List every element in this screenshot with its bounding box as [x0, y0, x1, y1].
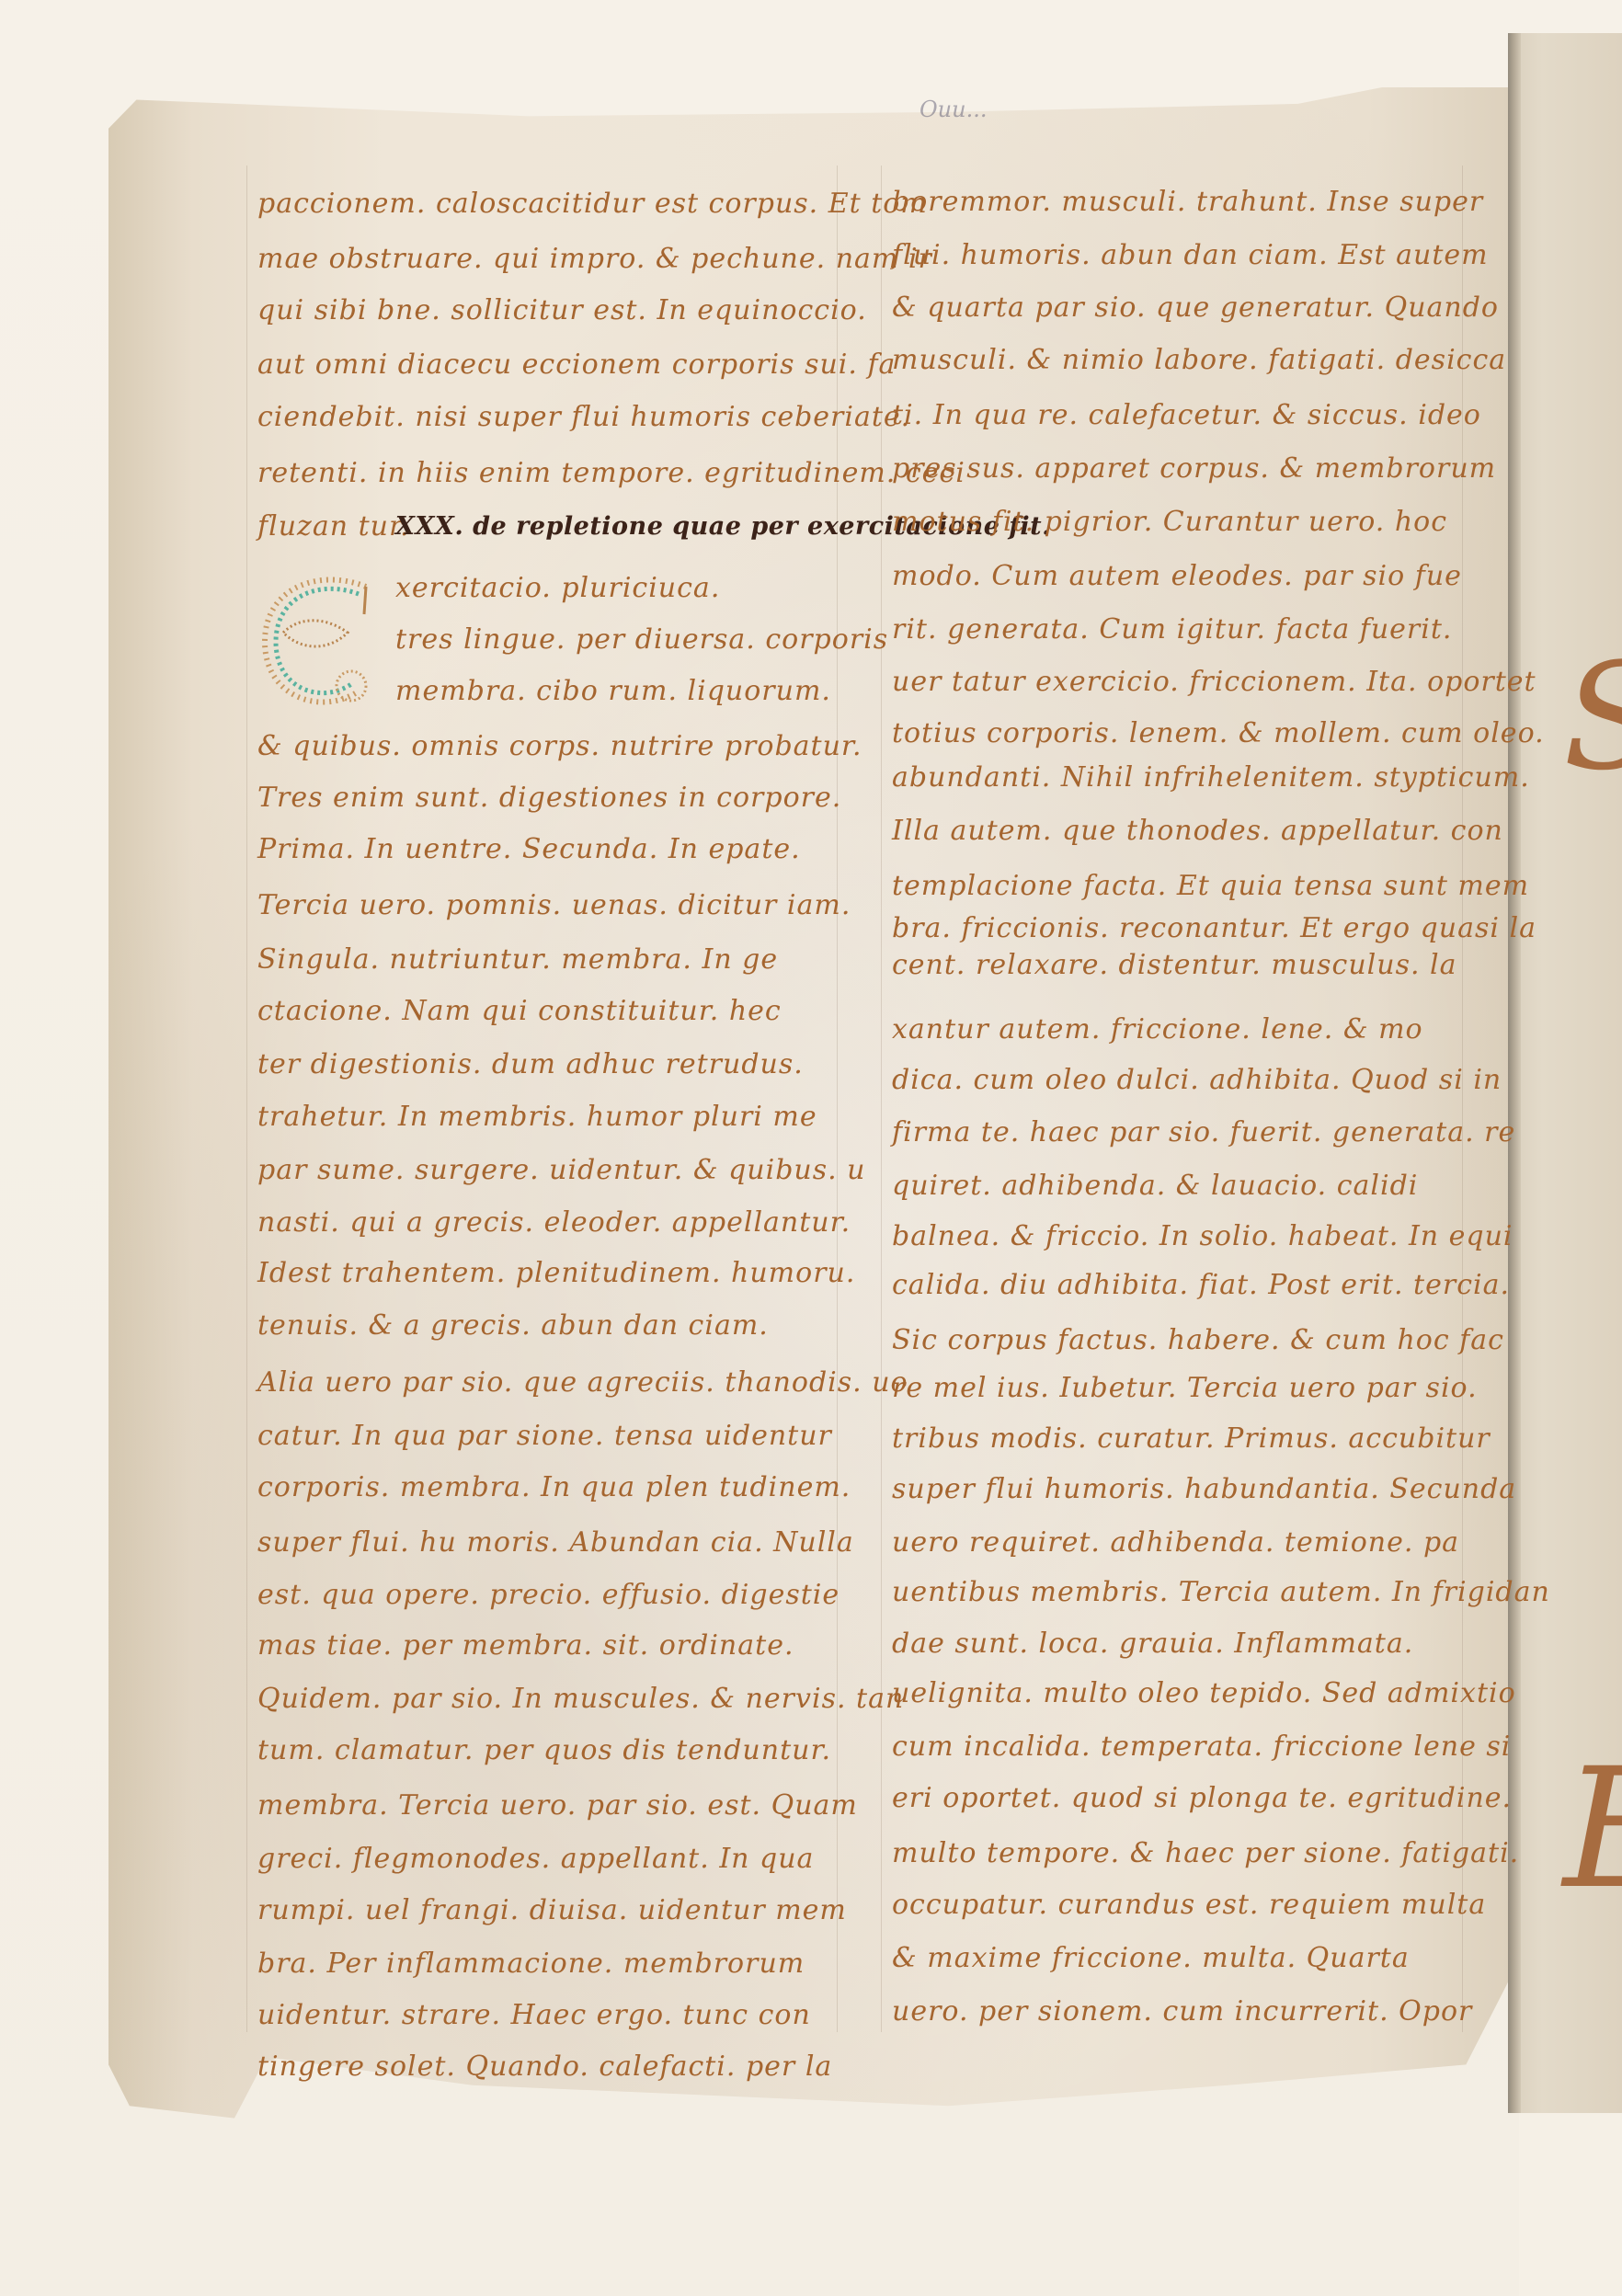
text-line: tum. clamatur. per quos dis tenduntur. — [257, 1732, 831, 1769]
text-line: ti. In qua re. calefacetur. & siccus. id… — [892, 397, 1481, 434]
text-line: Sic corpus factus. habere. & cum hoc fac — [892, 1322, 1504, 1359]
pencil-annotation: Ouu... — [920, 97, 987, 122]
text-line: super flui humoris. habundantia. Secunda — [892, 1471, 1516, 1508]
text-line: xercitacio. pluriciuca. — [395, 570, 720, 607]
text-line: tribus modis. curatur. Primus. accubitur — [892, 1421, 1491, 1457]
text-line: membra. cibo rum. liquorum. — [395, 673, 831, 710]
text-line: Tercia uero. pomnis. uenas. dicitur iam. — [257, 887, 851, 924]
text-line: Idest trahentem. plenitudinem. humoru. — [257, 1255, 855, 1292]
text-line: abundanti. Nihil infrihelenitem. styptic… — [892, 760, 1530, 796]
text-line: mae obstruare. qui impro. & pechune. nam… — [257, 241, 932, 278]
text-line: nasti. qui a grecis. eleoder. appellantu… — [257, 1205, 851, 1241]
text-line: qui sibi bne. sollicitur est. In equinoc… — [257, 292, 867, 329]
text-line: cent. relaxare. distentur. musculus. la — [892, 947, 1457, 984]
text-line: flui. humoris. abun dan ciam. Est autem — [892, 237, 1489, 274]
text-line: Tres enim sunt. digestiones in corpore. — [257, 780, 841, 817]
text-line: boremmor. musculi. trahunt. Inse super — [892, 184, 1483, 221]
text-line: corporis. membra. In qua plen tudinem. — [257, 1469, 851, 1506]
text-line: trahetur. In membris. humor pluri me — [257, 1099, 817, 1136]
text-line: uero. per sionem. cum incurrerit. Opor — [892, 1993, 1472, 2030]
text-line: aut omni diacecu eccionem corporis sui. … — [257, 347, 896, 383]
text-line: paccionem. caloscacitidur est corpus. Et… — [257, 186, 928, 223]
text-line: Quidem. par sio. In muscules. & nervis. … — [257, 1681, 904, 1718]
ruling-line — [246, 166, 247, 2032]
text-line: tenuis. & a grecis. abun dan ciam. — [257, 1308, 769, 1344]
text-line: Singula. nutriuntur. membra. In ge — [257, 942, 778, 978]
ruling-line — [881, 166, 882, 2032]
text-line: pres sus. apparet corpus. & membrorum — [892, 451, 1496, 487]
text-line: greci. flegmonodes. appellant. In qua — [257, 1841, 814, 1878]
text-line: super flui. hu moris. Abundan cia. Nulla — [257, 1525, 854, 1561]
text-line: retenti. in hiis enim tempore. egritudin… — [257, 455, 965, 492]
text-line: xantur autem. friccione. lene. & mo — [892, 1011, 1423, 1048]
decorated-initial-e-icon — [256, 568, 403, 715]
text-line: & quibus. omnis corps. nutrire probatur. — [257, 728, 862, 765]
text-line: Illa autem. que thonodes. appellatur. co… — [892, 813, 1503, 850]
text-line: membra. Tercia uero. par sio. est. Quam — [257, 1788, 858, 1824]
text-line: calida. diu adhibita. fiat. Post erit. t… — [892, 1267, 1510, 1304]
text-line: tingere solet. Quando. calefacti. per la — [257, 2049, 832, 2085]
text-line: quiret. adhibenda. & lauacio. calidi — [892, 1168, 1418, 1205]
text-line: fluzan tur. — [257, 508, 410, 545]
text-line: uelignita. multo oleo tepido. Sed admixt… — [892, 1675, 1516, 1712]
text-line: ter digestionis. dum adhuc retrudus. — [257, 1046, 804, 1083]
text-line: templacione facta. Et quia tensa sunt me… — [892, 868, 1529, 905]
text-line: & maxime friccione. multa. Quarta — [892, 1940, 1410, 1977]
text-line: cum incalida. temperata. friccione lene … — [892, 1729, 1511, 1765]
text-line: ciendebit. nisi super flui humoris ceber… — [257, 399, 910, 436]
text-line: dica. cum oleo dulci. adhibita. Quod si … — [892, 1062, 1502, 1099]
text-line: par sume. surgere. uidentur. & quibus. u — [257, 1152, 866, 1189]
facing-page-initial-e: E — [1563, 1747, 1622, 1913]
ruling-line — [837, 166, 838, 2032]
text-line: rumpi. uel frangi. diuisa. uidentur mem — [257, 1892, 847, 1929]
text-line: multo tempore. & haec per sione. fatigat… — [892, 1835, 1519, 1872]
text-line: uer tatur exercicio. friccionem. Ita. op… — [892, 664, 1536, 701]
text-line: bra. Per inflammacione. membrorum — [257, 1946, 805, 1982]
facing-page-initial-s: S — [1563, 644, 1622, 791]
text-line: uero requiret. adhibenda. temione. pa — [892, 1525, 1459, 1561]
text-line: Alia uero par sio. que agreciis. thanodi… — [257, 1365, 908, 1401]
text-line: re mel ius. Iubetur. Tercia uero par sio… — [892, 1370, 1478, 1407]
text-line: uentibus membris. Tercia autem. In frigi… — [892, 1574, 1550, 1611]
text-line: uidentur. strare. Haec ergo. tunc con — [257, 1997, 811, 2034]
facing-page-margin — [1519, 2113, 1622, 2296]
text-line: totius corporis. lenem. & mollem. cum ol… — [892, 715, 1545, 752]
text-line: balnea. & friccio. In solio. habeat. In … — [892, 1218, 1513, 1255]
text-line: est. qua opere. precio. effusio. digesti… — [257, 1577, 840, 1614]
text-line: bra. friccionis. reconantur. Et ergo qua… — [892, 910, 1536, 947]
text-line: Prima. In uentre. Secunda. In epate. — [257, 831, 801, 868]
text-line: rit. generata. Cum igitur. facta fuerit. — [892, 611, 1452, 648]
text-line: musculi. & nimio labore. fatigati. desic… — [892, 342, 1506, 379]
text-line: modo. Cum autem eleodes. par sio fue — [892, 558, 1462, 595]
text-line: & quarta par sio. que generatur. Quando — [892, 290, 1499, 326]
text-line: tres lingue. per diuersa. corporis — [395, 622, 888, 658]
text-line: firma te. haec par sio. fuerit. generata… — [892, 1114, 1515, 1151]
text-line: occupatur. curandus est. requiem multa — [892, 1887, 1486, 1924]
text-line: mas tiae. per membra. sit. ordinate. — [257, 1628, 794, 1664]
text-line: motus fit. pigrior. Curantur uero. hoc — [892, 504, 1447, 541]
text-line: dae sunt. loca. grauia. Inflammata. — [892, 1626, 1413, 1662]
text-line: ctacione. Nam qui constituitur. hec — [257, 993, 782, 1030]
text-line: eri oportet. quod si plonga te. egritudi… — [892, 1780, 1512, 1817]
text-line: catur. In qua par sione. tensa uidentur — [257, 1418, 832, 1455]
